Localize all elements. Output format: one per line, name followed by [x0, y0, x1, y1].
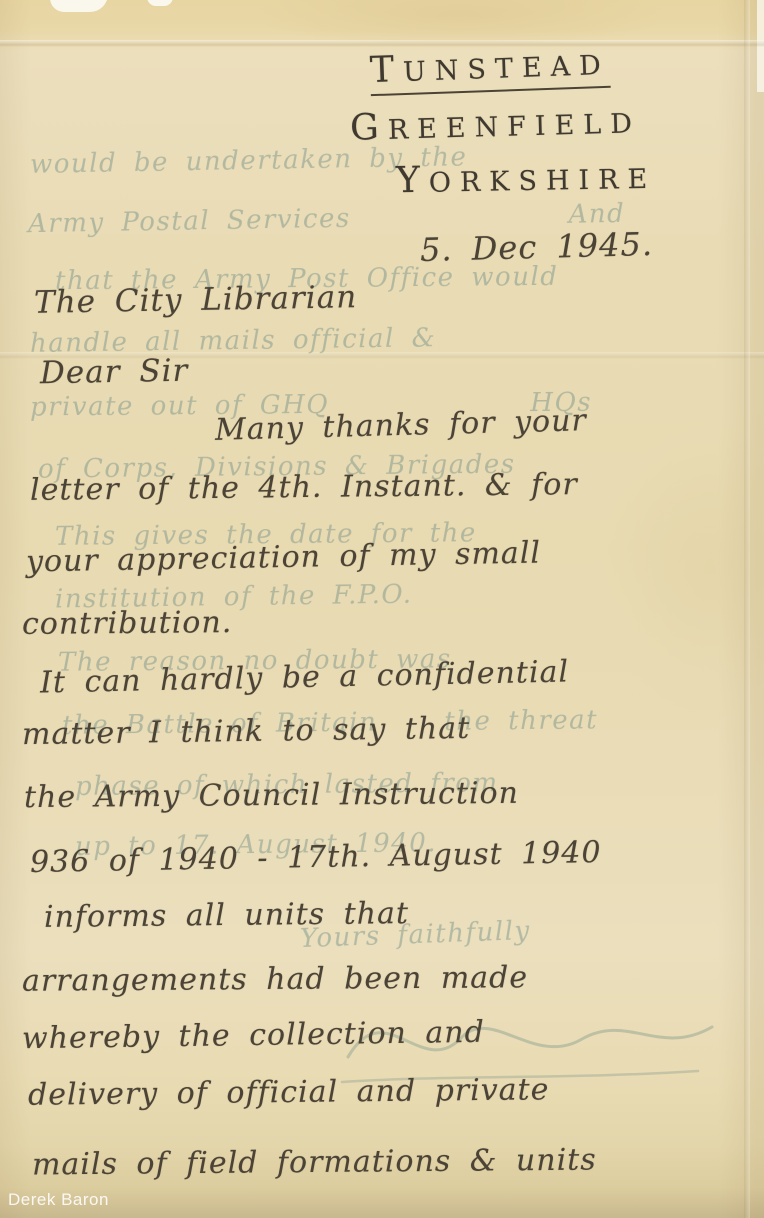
- paper-stain-right: [600, 420, 764, 720]
- salutation-line: Dear Sir: [40, 353, 189, 392]
- header-place-line2: GREENFIELD: [350, 100, 642, 149]
- fold-crease-right: [744, 0, 750, 1218]
- body-line: letter of the 4th. Instant. & for: [30, 467, 578, 508]
- fold-crease-top: [0, 40, 764, 47]
- body-line: arrangements had been made: [22, 960, 528, 999]
- body-line: contribution.: [22, 605, 233, 642]
- body-line: whereby the collection and: [22, 1015, 485, 1056]
- paper-tear-top-left: [50, 0, 108, 12]
- header-place-line1: TUNSTEAD: [369, 42, 610, 96]
- body-line: mails of field formations & units: [32, 1143, 597, 1183]
- recipient-line: The City Librarian: [34, 279, 358, 321]
- body-line: matter I think to say that: [22, 711, 471, 752]
- body-line: informs all units that: [44, 896, 409, 935]
- body-line: the Army Council Instruction: [24, 776, 519, 815]
- letter-page: would be undertaken by the Army Postal S…: [0, 0, 764, 1218]
- photographer-watermark: Derek Baron: [8, 1190, 109, 1210]
- header-place-line3: YORKSHIRE: [396, 156, 657, 202]
- paper-edge-top-right: [757, 0, 764, 92]
- paper-tear-top-mid: [147, 0, 173, 6]
- letter-date: 5. Dec 1945.: [420, 225, 654, 269]
- body-line: delivery of official and private: [28, 1072, 550, 1112]
